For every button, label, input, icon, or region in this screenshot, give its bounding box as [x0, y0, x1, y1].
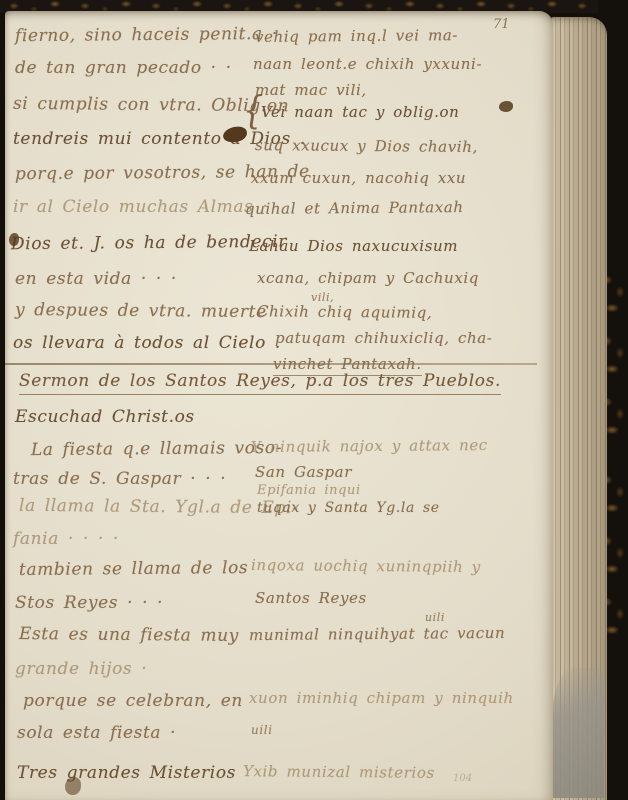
manuscript-line: Chixih chiq aquimiq,: [257, 302, 432, 322]
manuscript-line: munimal ninquihyat tac vacun: [249, 624, 505, 644]
manuscript-line: fierno, sino haceis penit.a ·: [15, 24, 278, 46]
manuscript-line: vehiq pam inq.l vei ma-: [255, 26, 458, 46]
manuscript-photo: 71 fierno, sino haceis penit.a · de tan …: [0, 0, 628, 800]
manuscript-line: Lahau Dios naxucuxisum: [249, 237, 458, 255]
superscript-word: uili: [425, 611, 445, 624]
manuscript-line: xcana, chipam y Cachuxiq: [257, 269, 479, 287]
manuscript-line: xuon iminhiq chipam y ninquih: [249, 689, 514, 707]
manuscript-line: inqoxa uochiq xuninqpiih y: [251, 556, 481, 576]
manuscript-line: quihal et Anima Pantaxah: [245, 198, 464, 218]
manuscript-line: Esta es una fiesta muy: [19, 624, 239, 646]
manuscript-line: tras de S. Gaspar · · ·: [13, 469, 226, 489]
manuscript-line: Dios et. J. os ha de bendecir: [11, 232, 287, 254]
manuscript-line: mat mac vili,: [255, 81, 367, 99]
manuscript-line: San Gaspar: [255, 463, 352, 481]
manuscript-line: sola esta fiesta ·: [17, 723, 176, 743]
superscript-word: uili: [251, 723, 273, 737]
manuscript-page: 71 fierno, sino haceis penit.a · de tan …: [5, 11, 553, 800]
manuscript-line: Y ninquik najox y attax nec: [251, 436, 488, 456]
faint-folio-mark: 104: [453, 773, 472, 784]
manuscript-line: Vei naan tac y oblig.on: [261, 103, 459, 121]
page-edge-smudge: [552, 668, 604, 798]
manuscript-line: y despues de vtra. muerte: [15, 300, 267, 322]
manuscript-line: patuqam chihuxicliq, cha-: [275, 329, 492, 347]
manuscript-line: La fiesta q.e llamais voso-: [31, 438, 282, 460]
ink-blot: [499, 101, 513, 112]
manuscript-line: os llevara à todos al Cielo .: [13, 333, 281, 353]
manuscript-line: tuqax y Santa Yg.la se: [257, 500, 440, 516]
manuscript-line: naan leont.e chixih yxxuni-: [253, 55, 482, 73]
manuscript-line: tambien se llama de los: [19, 558, 248, 580]
manuscript-line: porque se celebran, en: [23, 691, 243, 711]
manuscript-line: grande hijos ·: [15, 659, 147, 679]
manuscript-line: Epifania inqui: [257, 483, 361, 498]
manuscript-line: Santos Reyes: [255, 589, 367, 607]
manuscript-line: de tan gran pecado · ·: [15, 58, 232, 78]
section-subheading: Escuchad Christ.os: [15, 407, 195, 427]
manuscript-line: suq xxucux y Dios chavih,: [255, 136, 478, 156]
manuscript-line: fania · · · ·: [13, 529, 119, 549]
manuscript-line: vinchet Pantaxah.: [273, 355, 422, 376]
ink-blot: [65, 777, 81, 795]
manuscript-line: Stos Reyes · · ·: [15, 593, 163, 613]
manuscript-line: Tres grandes Misterios: [17, 763, 236, 783]
manuscript-line: xxum cuxun, nacohiq xxu: [251, 169, 466, 187]
ink-blot: [9, 233, 19, 246]
section-heading: Sermon de los Santos Reyes, p.a los tres…: [19, 371, 501, 395]
folio-number: 71: [493, 17, 510, 32]
manuscript-line: Yxib munizal misterios: [243, 762, 435, 782]
section-divider-rule: [5, 363, 537, 365]
manuscript-line: ir al Cielo muchas Almas ·: [13, 197, 268, 217]
manuscript-line: en esta vida · · ·: [15, 269, 177, 289]
